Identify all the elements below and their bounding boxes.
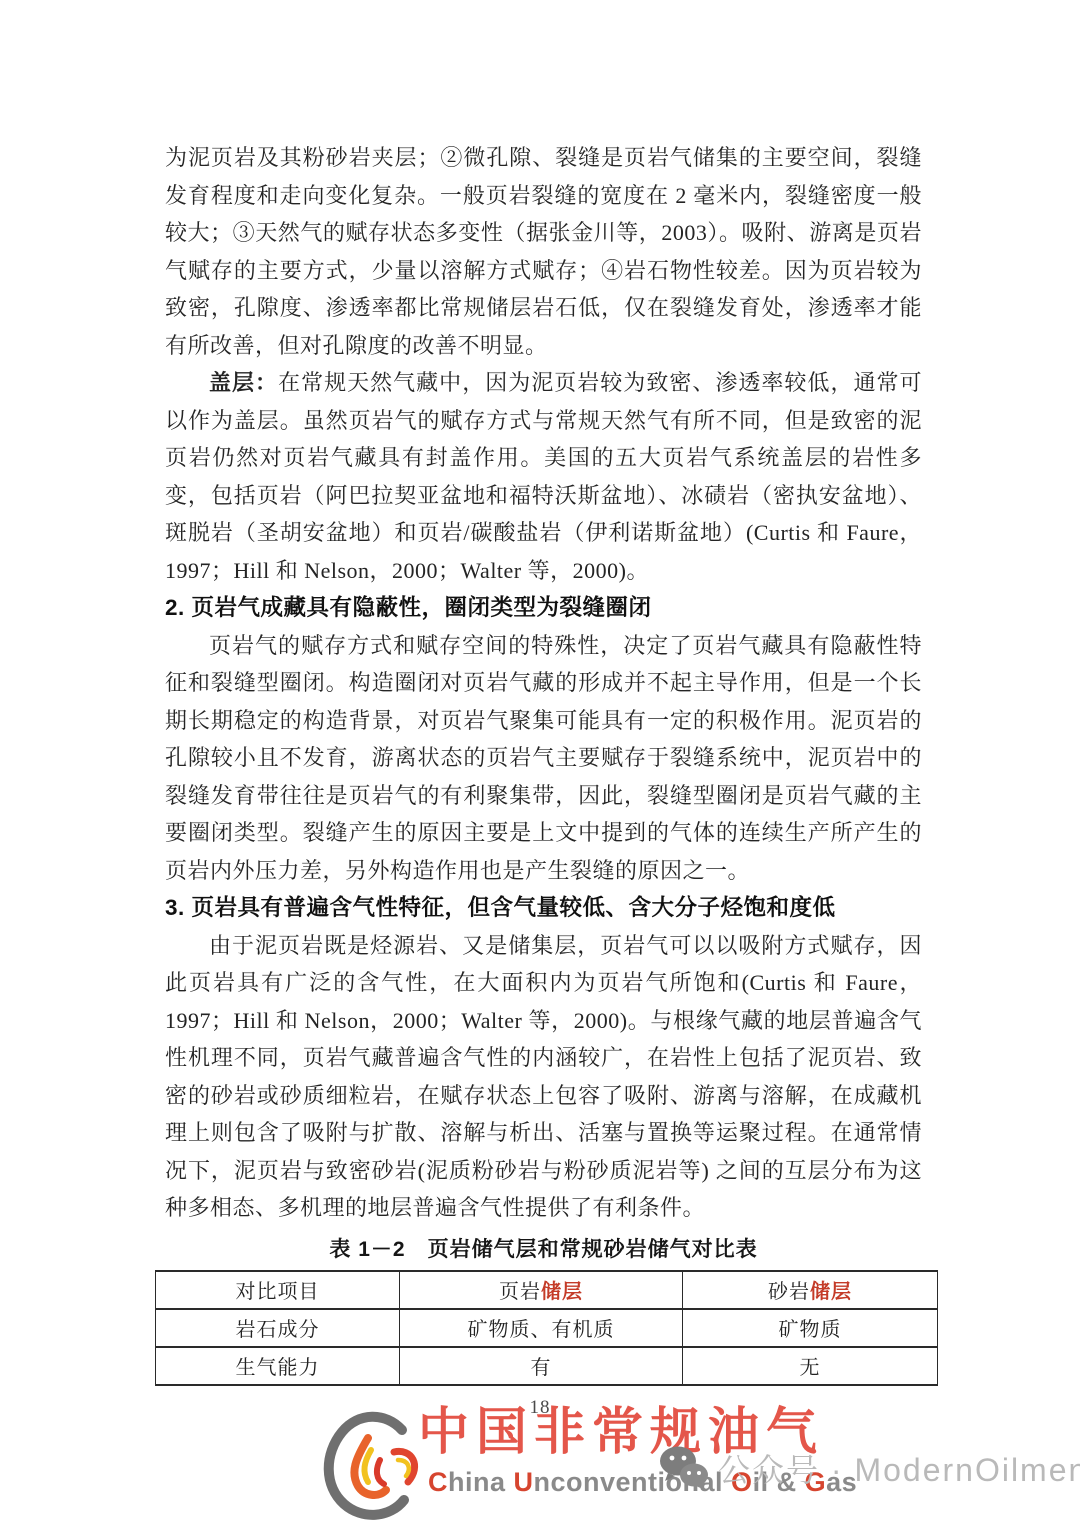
wechat-icon xyxy=(658,1445,710,1491)
brand-en-segment: U xyxy=(514,1467,534,1497)
brand-en-segment: C xyxy=(428,1467,448,1497)
paragraph: 由于泥页岩既是烃源岩、又是储集层，页岩气可以以吸附方式赋存，因此页岩具有广泛的含… xyxy=(165,927,922,1227)
section-heading: 2. 页岩气成藏具有隐蔽性，圈闭类型为裂缝圈闭 xyxy=(165,589,922,627)
table-cell: 生气能力 xyxy=(156,1347,400,1385)
paragraph: 盖层：在常规天然气藏中，因为泥页岩较为致密、渗透率较低，通常可以作为盖层。虽然页… xyxy=(165,364,922,589)
table-row: 岩石成分矿物质、有机质矿物质 xyxy=(156,1309,938,1347)
brand-en-segment: hina xyxy=(448,1467,514,1497)
table-header-row: 对比项目页岩储层砂岩储层 xyxy=(156,1271,938,1309)
document-page: 为泥页岩及其粉砂岩夹层；②微孔隙、裂缝是页岩气储集的主要空间，裂缝发育程度和走向… xyxy=(0,0,1080,1527)
account-watermark: 公众号 · ModernOilmen xyxy=(658,1445,1080,1491)
table-cell: 矿物质、有机质 xyxy=(400,1309,683,1347)
comparison-table: 对比项目页岩储层砂岩储层岩石成分矿物质、有机质矿物质生气能力有无 xyxy=(155,1270,938,1386)
highlighted-term: 储层 xyxy=(810,1281,852,1303)
table-cell: 矿物质 xyxy=(683,1309,938,1347)
watermark-text: 公众号 · ModernOilmen xyxy=(718,1445,1080,1491)
section-heading: 3. 页岩具有普遍含气性特征，但含气量较低、含大分子烃饱和度低 xyxy=(165,889,922,927)
table-cell: 无 xyxy=(683,1347,938,1385)
table-header-cell: 页岩储层 xyxy=(400,1271,683,1309)
table-cell: 岩石成分 xyxy=(156,1309,400,1347)
highlighted-term: 储层 xyxy=(541,1281,583,1303)
paragraph: 为泥页岩及其粉砂岩夹层；②微孔隙、裂缝是页岩气储集的主要空间，裂缝发育程度和走向… xyxy=(165,139,922,364)
table-caption: 表 1－2 页岩储气层和常规砂岩储气对比表 xyxy=(165,1233,922,1266)
document-body: 为泥页岩及其粉砂岩夹层；②微孔隙、裂缝是页岩气储集的主要空间，裂缝发育程度和走向… xyxy=(165,139,922,1386)
table-header-cell: 砂岩储层 xyxy=(683,1271,938,1309)
table-header-cell: 对比项目 xyxy=(156,1271,400,1309)
paragraph-lead-label: 盖层： xyxy=(209,370,278,395)
paragraph: 页岩气的赋存方式和赋存空间的特殊性，决定了页岩气藏具有隐蔽性特征和裂缝型圈闭。构… xyxy=(165,627,922,890)
table-row: 生气能力有无 xyxy=(156,1347,938,1385)
table-cell: 有 xyxy=(400,1347,683,1385)
